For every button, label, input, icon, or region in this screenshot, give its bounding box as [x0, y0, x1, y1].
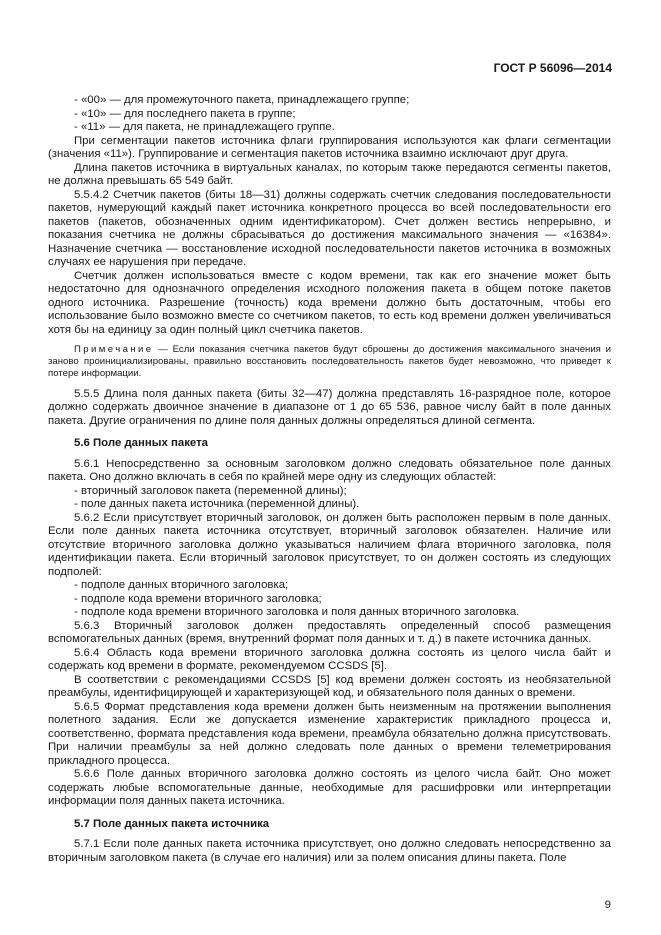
- list-item: - «10» — для последнего пакета в группе;: [48, 108, 611, 122]
- page-body: - «00» — для промежуточного пакета, прин…: [48, 94, 611, 865]
- list-item: - «00» — для промежуточного пакета, прин…: [48, 94, 611, 108]
- list-item: - вторичный заголовок пакета (переменной…: [48, 485, 611, 499]
- list-item: - «11» — для пакета, не принадлежащего г…: [48, 121, 611, 135]
- list-item: - подполе кода времени вторичного заголо…: [48, 606, 611, 620]
- paragraph-5-5-5: 5.5.5 Длина поля данных пакета (биты 32—…: [48, 388, 611, 429]
- paragraph: При сегментации пакетов источника флаги …: [48, 135, 611, 162]
- note: Примечание — Если показания счетчика пак…: [48, 344, 611, 380]
- paragraph-5-6-3: 5.6.3 Вторичный заголовок должен предост…: [48, 620, 611, 647]
- section-heading-5-6: 5.6 Поле данных пакета: [74, 437, 611, 451]
- paragraph-5-6-1: 5.6.1 Непосредственно за основным заголо…: [48, 458, 611, 485]
- page-number: 9: [605, 899, 611, 911]
- paragraph-5-6-2: 5.6.2 Если присутствует вторичный заголо…: [48, 512, 611, 580]
- paragraph: Длина пакетов источника в виртуальных ка…: [48, 162, 611, 189]
- list-item: - подполе кода времени вторичного заголо…: [48, 593, 611, 607]
- paragraph-5-7-1: 5.7.1 Если поле данных пакета источника …: [48, 838, 611, 865]
- section-heading-5-7: 5.7 Поле данных пакета источника: [74, 818, 611, 832]
- list-item: - подполе данных вторичного заголовка;: [48, 579, 611, 593]
- paragraph: В соответствии с рекомендациями CCSDS [5…: [48, 674, 611, 701]
- paragraph-5-5-4-2: 5.5.4.2 Счетчик пакетов (биты 18—31) дол…: [48, 189, 611, 270]
- paragraph: Счетчик должен использоваться вместе с к…: [48, 270, 611, 338]
- note-label: Примечание: [74, 344, 154, 355]
- paragraph-5-6-6: 5.6.6 Поле данных вторичного заголовка д…: [48, 768, 611, 809]
- list-item: - поле данных пакета источника (переменн…: [48, 498, 611, 512]
- paragraph-5-6-4: 5.6.4 Область кода времени вторичного за…: [48, 647, 611, 674]
- document-standard-header: ГОСТ Р 56096—2014: [494, 61, 612, 75]
- paragraph-5-6-5: 5.6.5 Формат представления кода времени …: [48, 701, 611, 769]
